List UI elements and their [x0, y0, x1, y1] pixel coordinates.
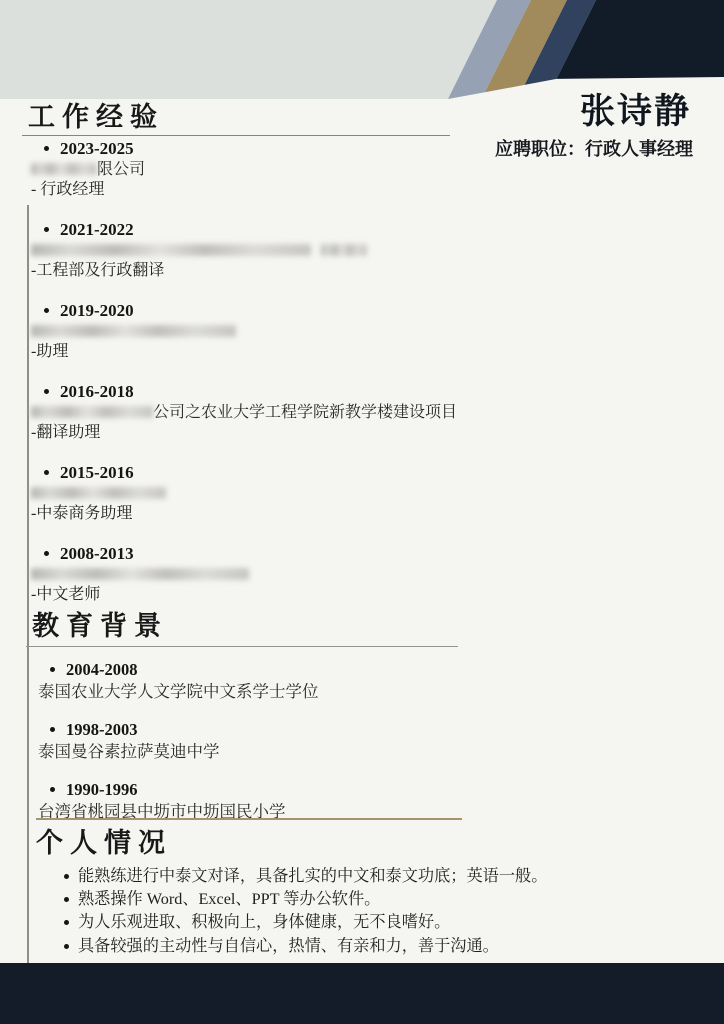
work-period: 2015-2016 — [60, 462, 724, 483]
education-period: 2004-2008 — [66, 659, 724, 681]
work-company — [31, 321, 724, 342]
work-company-visible: 限公司 — [97, 161, 145, 178]
work-role: - 行政经理 — [31, 180, 724, 200]
work-period: 2023-2025 — [60, 138, 724, 159]
work-entry: 2015-2016 -中泰商务助理 — [0, 462, 724, 524]
work-company — [31, 483, 724, 504]
education-period: 1990-1996 — [66, 779, 724, 801]
work-period: 2008-2013 — [60, 543, 724, 564]
work-company-visible: 公司之农业大学工程学院新教学楼建设项目 — [153, 404, 457, 421]
work-role: -中文老师 — [31, 585, 724, 605]
header-sage-block — [0, 0, 497, 99]
redacted-company-text — [31, 244, 311, 256]
redacted-company-text — [321, 244, 367, 256]
work-company — [31, 564, 724, 585]
work-period: 2016-2018 — [60, 381, 724, 402]
redacted-company-text — [31, 325, 236, 337]
work-entry: 2016-2018 公司之农业大学工程学院新教学楼建设项目 -翻译助理 — [0, 381, 724, 443]
section-personal-info: 个人情况 能熟练进行中泰文对译，具备扎实的中文和泰文功底；英语一般。 熟悉操作 … — [0, 818, 724, 958]
resume-page: 张诗静 应聘职位：行政人事经理 工作经验 2023-2025 限公司 - 行政经… — [0, 0, 724, 1024]
redacted-company-text — [31, 568, 249, 580]
work-company — [31, 240, 724, 261]
work-role: -中泰商务助理 — [31, 504, 724, 524]
footer-navy-bar — [0, 963, 724, 1024]
work-period: 2021-2022 — [60, 219, 724, 240]
education-section-rule — [26, 646, 458, 647]
work-entry: 2023-2025 限公司 - 行政经理 — [0, 138, 724, 200]
work-entry: 2021-2022 -工程部及行政翻译 — [0, 219, 724, 281]
personal-bullet: 能熟练进行中泰文对译，具备扎实的中文和泰文功底；英语一般。 — [78, 865, 704, 888]
work-section-title: 工作经验 — [28, 102, 724, 133]
education-period: 1998-2003 — [66, 719, 724, 741]
work-entry: 2019-2020 -助理 — [0, 300, 724, 362]
work-role: -翻译助理 — [31, 423, 724, 443]
education-school: 泰国农业大学人文学院中文系学士学位 — [38, 681, 724, 703]
redacted-company-text — [31, 406, 153, 418]
work-role: -助理 — [31, 342, 724, 362]
section-education: 教育背景 2004-2008 泰国农业大学人文学院中文系学士学位 1998-20… — [0, 611, 724, 839]
personal-section-title: 个人情况 — [36, 828, 724, 859]
personal-bullet: 具备较强的主动性与自信心，热情、有亲和力，善于沟通。 — [78, 935, 704, 958]
work-period: 2019-2020 — [60, 300, 724, 321]
personal-bullet: 熟悉操作 Word、Excel、PPT 等办公软件。 — [78, 888, 704, 911]
section-work-experience: 工作经验 2023-2025 限公司 - 行政经理 2021-2022 -工程部… — [0, 102, 724, 624]
work-role: -工程部及行政翻译 — [31, 261, 724, 281]
redacted-company-text — [31, 163, 97, 175]
work-section-rule — [22, 135, 450, 136]
education-entry: 2004-2008 泰国农业大学人文学院中文系学士学位 — [0, 659, 724, 703]
personal-bullet-list: 能熟练进行中泰文对译，具备扎实的中文和泰文功底；英语一般。 熟悉操作 Word、… — [0, 865, 724, 958]
work-company: 限公司 — [31, 159, 724, 180]
education-entry: 1998-2003 泰国曼谷素拉萨莫迪中学 — [0, 719, 724, 763]
redacted-company-text — [31, 487, 166, 499]
personal-bullet: 为人乐观进取、积极向上，身体健康，无不良嗜好。 — [78, 911, 704, 934]
education-entry: 1990-1996 台湾省桃园县中坜市中坜国民小学 — [0, 779, 724, 823]
personal-section-rule — [36, 818, 462, 820]
work-entry: 2008-2013 -中文老师 — [0, 543, 724, 605]
education-section-title: 教育背景 — [32, 611, 724, 642]
work-company: 公司之农业大学工程学院新教学楼建设项目 — [31, 402, 724, 423]
education-school: 泰国曼谷素拉萨莫迪中学 — [38, 741, 724, 763]
